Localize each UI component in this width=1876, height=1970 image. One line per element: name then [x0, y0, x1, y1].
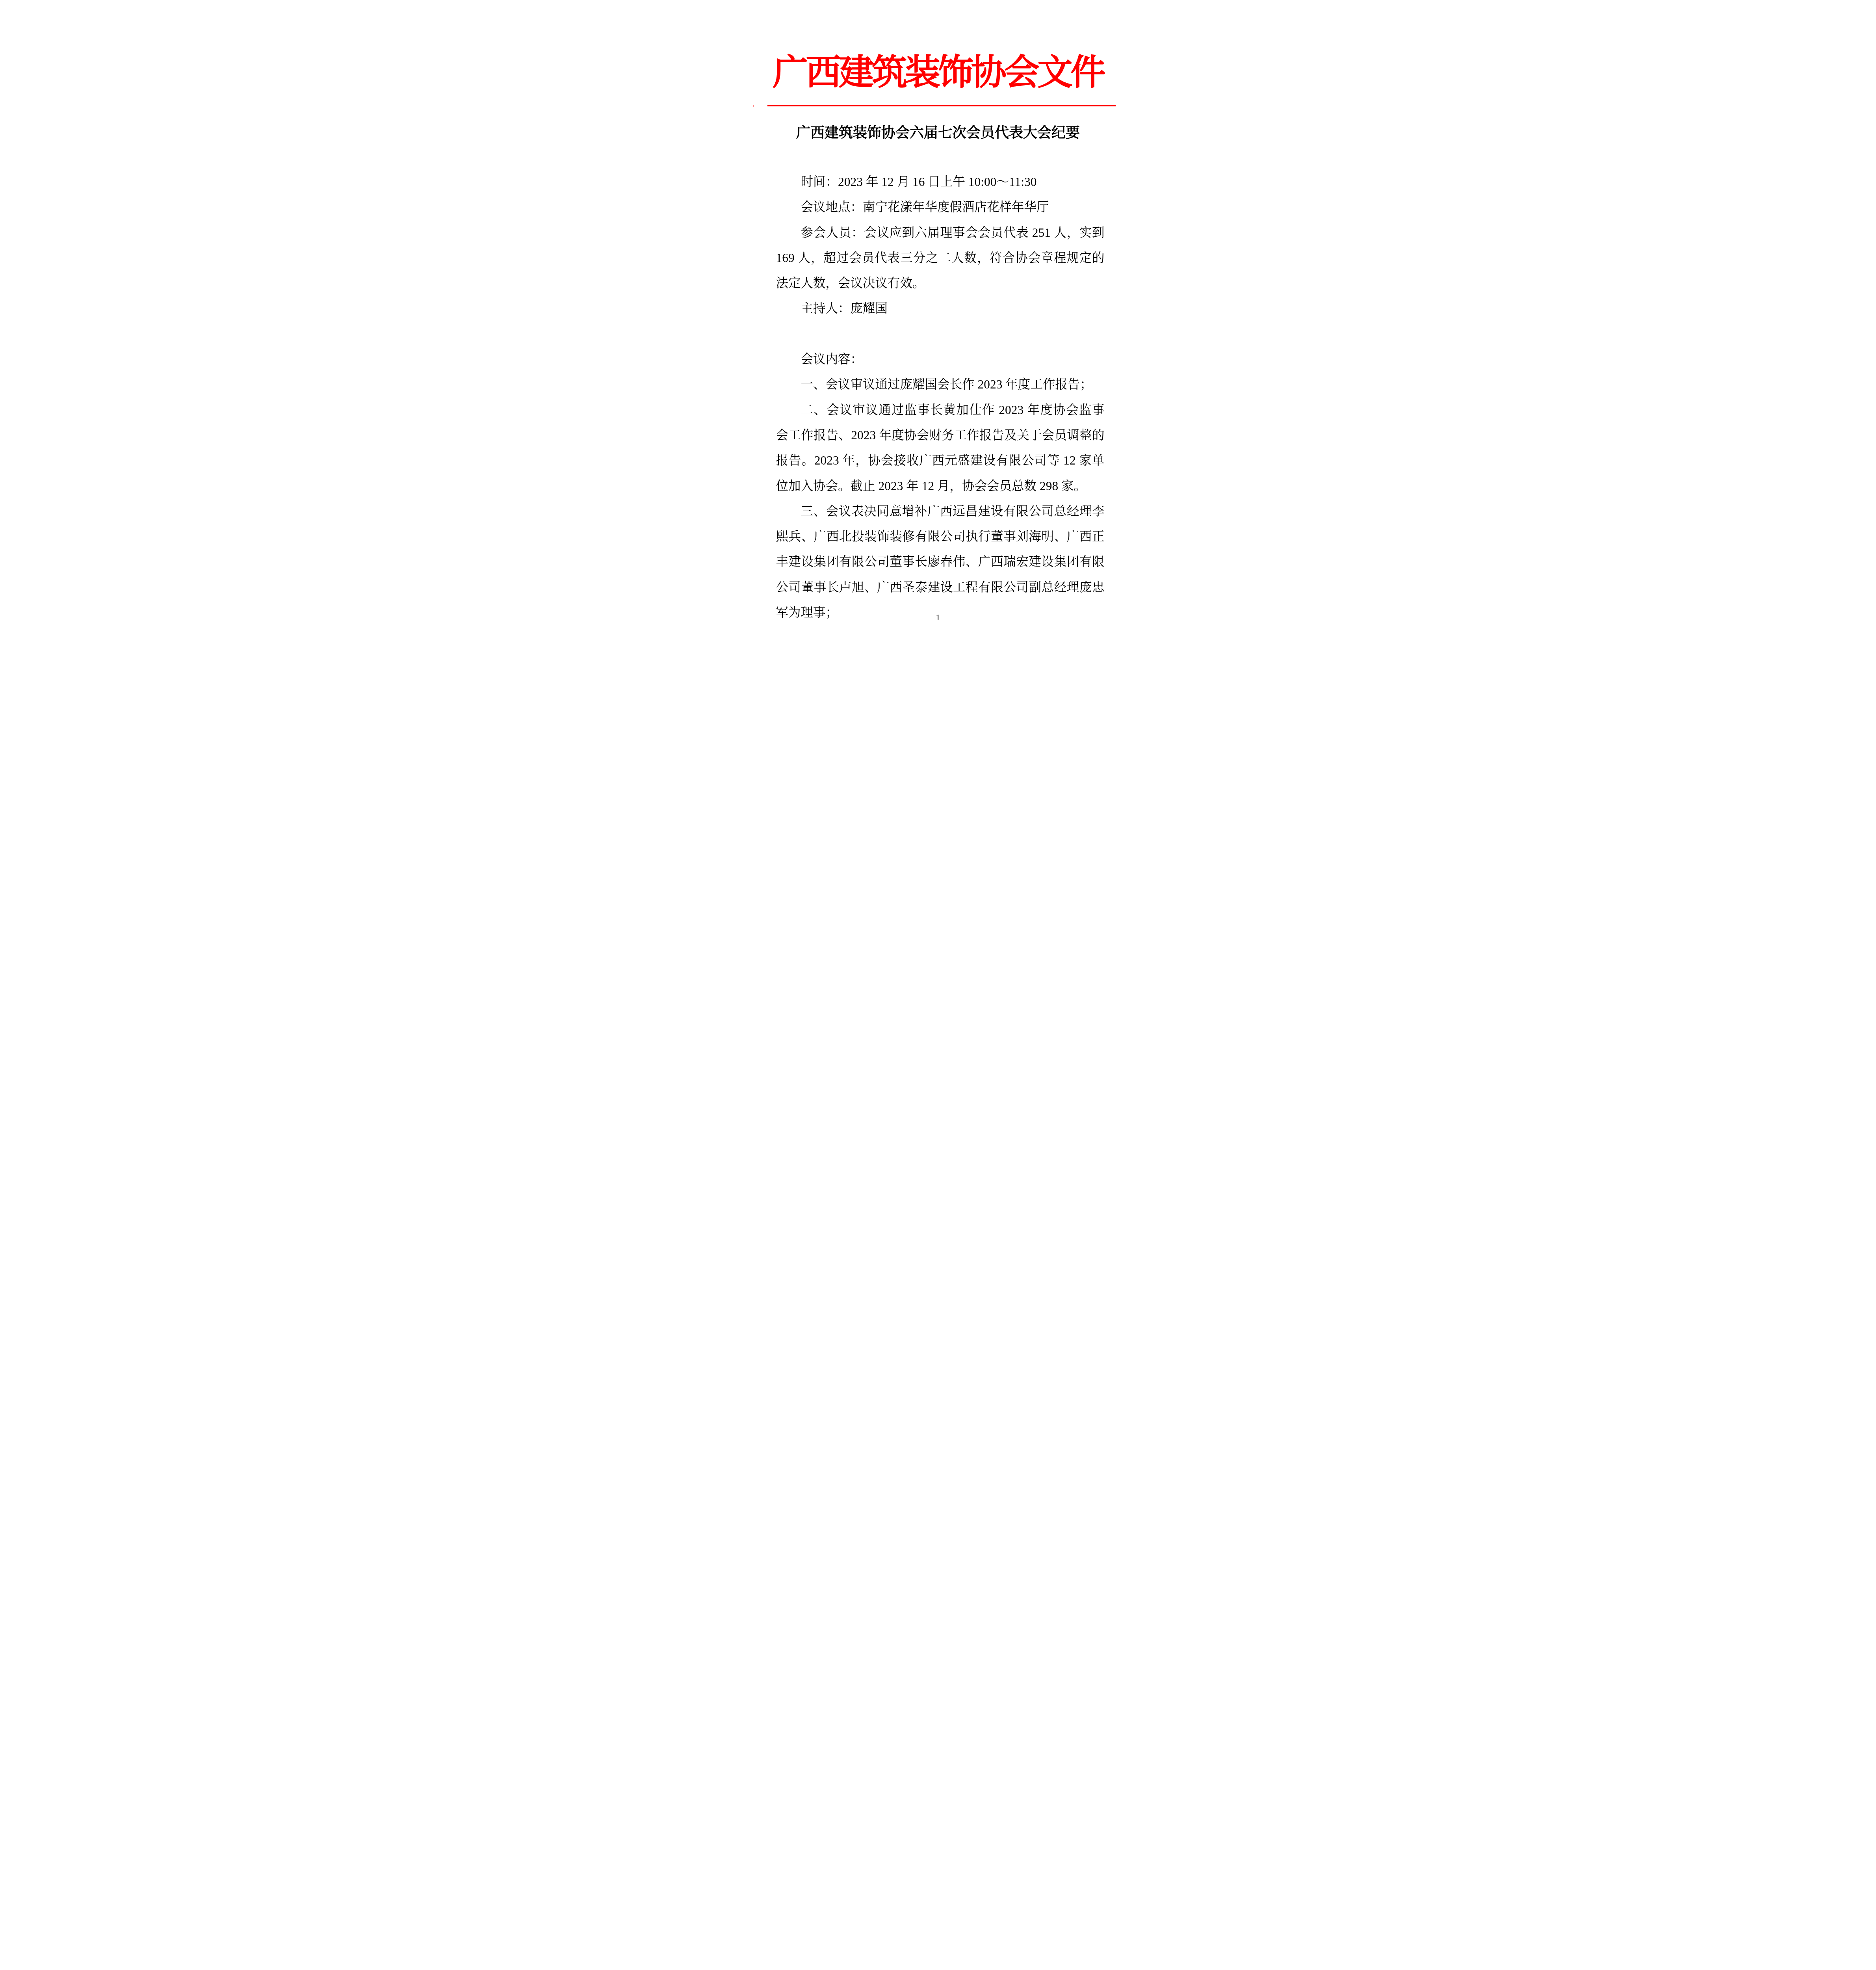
body-line-item3-3: 丰建设集团有限公司董事长廖春伟、广西瑞宏建设集团有限: [776, 549, 1105, 574]
letterhead-divider-line: [767, 105, 1116, 106]
body-line-attendees-1: 参会人员：会议应到六届理事会会员代表 251 人，实到: [776, 220, 1105, 245]
body-line-item1: 一、会议审议通过庞耀国会长作 2023 年度工作报告；: [776, 372, 1105, 397]
body-line-item2-3: 报告。2023 年，协会接收广西元盛建设有限公司等 12 家单: [776, 448, 1105, 473]
red-stray-mark: [753, 105, 754, 107]
body-line-location: 会议地点：南宁花漾年华度假酒店花样年华厅: [776, 195, 1105, 220]
body-line-item2-1: 二、会议审议通过监事长黄加仕作 2023 年度协会监事: [776, 398, 1105, 423]
document-title: 广西建筑装饰协会六届七次会员代表大会纪要: [704, 125, 1173, 141]
body-line-agenda-head: 会议内容：: [776, 347, 1105, 372]
body-line-time: 时间：2023 年 12 月 16 日上午 10:00～11:30: [776, 169, 1105, 195]
body-line-item2-4: 位加入协会。截止 2023 年 12 月，协会会员总数 298 家。: [776, 474, 1105, 499]
document-page: 广西建筑装饰协会文件 广西建筑装饰协会六届七次会员代表大会纪要 时间：2023 …: [704, 0, 1173, 663]
body-line-attendees-3: 法定人数，会议决议有效。: [776, 271, 1105, 296]
body-line-item3-1: 三、会议表决同意增补广西远昌建设有限公司总经理李: [776, 499, 1105, 524]
body-line-host: 主持人：庞耀国: [776, 296, 1105, 321]
body-line-blank: [776, 322, 1105, 347]
body-line-attendees-2: 169 人，超过会员代表三分之二人数，符合协会章程规定的: [776, 245, 1105, 271]
body-line-item3-4: 公司董事长卢旭、广西圣泰建设工程有限公司副总经理庞忠: [776, 575, 1105, 600]
page-number: 1: [704, 612, 1173, 623]
body-line-item3-2: 熙兵、广西北投装饰装修有限公司执行董事刘海明、广西正: [776, 524, 1105, 549]
letterhead-org-title: 广西建筑装饰协会文件: [704, 55, 1173, 91]
body-line-item2-2: 会工作报告、2023 年度协会财务工作报告及关于会员调整的: [776, 423, 1105, 448]
document-body: 时间：2023 年 12 月 16 日上午 10:00～11:30 会议地点：南…: [776, 169, 1105, 625]
